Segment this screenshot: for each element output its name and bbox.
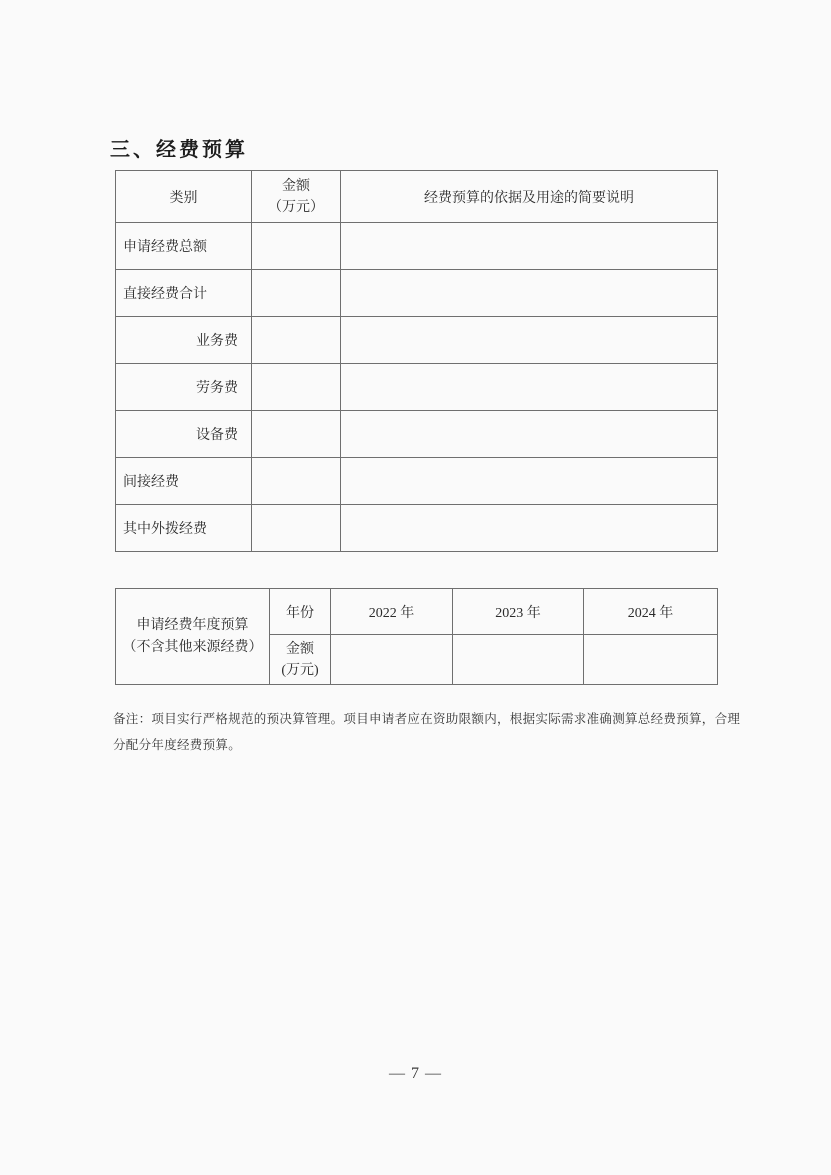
amount-label-cell: 金额(万元) <box>270 635 331 685</box>
annual-table-year-row: 申请经费年度预算（不含其他来源经费） 年份 2022 年 2023 年 2024… <box>116 589 718 635</box>
table-row-outsourced: 其中外拨经费 <box>116 505 718 552</box>
header-explanation: 经费预算的依据及用途的简要说明 <box>341 171 718 223</box>
amount-2024-cell <box>584 635 718 685</box>
section-title: 三、经费预算 <box>110 133 248 162</box>
explanation-cell-total <box>341 223 718 270</box>
amount-label-line1: 金额 <box>286 642 314 657</box>
amount-2022-cell <box>331 635 453 685</box>
explanation-cell-business <box>341 317 718 364</box>
row-label-labor: 劳务费 <box>116 364 252 411</box>
row-label-business: 业务费 <box>116 317 252 364</box>
explanation-cell-labor <box>341 364 718 411</box>
amount-cell-direct <box>252 270 341 317</box>
amount-cell-outsourced <box>252 505 341 552</box>
table-row-total: 申请经费总额 <box>116 223 718 270</box>
row-label-total: 申请经费总额 <box>116 223 252 270</box>
header-amount-line2: （万元） <box>268 200 324 215</box>
budget-table-header-row: 类别 金额（万元） 经费预算的依据及用途的简要说明 <box>116 171 718 223</box>
header-category: 类别 <box>116 171 252 223</box>
page-number: — 7 — <box>0 1065 831 1083</box>
explanation-cell-indirect <box>341 458 718 505</box>
amount-2023-cell <box>453 635 584 685</box>
annual-row-header-line1: 申请经费年度预算 <box>137 618 249 633</box>
explanation-cell-outsourced <box>341 505 718 552</box>
note-text: 备注：项目实行严格规范的预决算管理。项目申请者应在资助限额内，根据实际需求准确测… <box>113 706 773 758</box>
explanation-cell-equipment <box>341 411 718 458</box>
amount-cell-business <box>252 317 341 364</box>
amount-cell-indirect <box>252 458 341 505</box>
year-2023-cell: 2023 年 <box>453 589 584 635</box>
row-label-direct: 直接经费合计 <box>116 270 252 317</box>
note-line2: 分配分年度经费预算。 <box>113 738 241 752</box>
explanation-cell-direct <box>341 270 718 317</box>
year-label-cell: 年份 <box>270 589 331 635</box>
header-amount-line1: 金额 <box>282 179 310 194</box>
table-row-direct: 直接经费合计 <box>116 270 718 317</box>
budget-table: 类别 金额（万元） 经费预算的依据及用途的简要说明 申请经费总额 直接经费合计 … <box>115 170 718 552</box>
annual-row-header-line2: （不含其他来源经费） <box>123 640 263 655</box>
annual-table-row-header: 申请经费年度预算（不含其他来源经费） <box>116 589 270 685</box>
year-2024-cell: 2024 年 <box>584 589 718 635</box>
amount-cell-labor <box>252 364 341 411</box>
note-line1: 备注：项目实行严格规范的预决算管理。项目申请者应在资助限额内，根据实际需求准确测… <box>113 712 740 726</box>
table-row-business: 业务费 <box>116 317 718 364</box>
header-amount: 金额（万元） <box>252 171 341 223</box>
amount-cell-equipment <box>252 411 341 458</box>
row-label-outsourced: 其中外拨经费 <box>116 505 252 552</box>
amount-cell-total <box>252 223 341 270</box>
year-2022-cell: 2022 年 <box>331 589 453 635</box>
row-label-equipment: 设备费 <box>116 411 252 458</box>
table-row-indirect: 间接经费 <box>116 458 718 505</box>
row-label-indirect: 间接经费 <box>116 458 252 505</box>
document-page: 三、经费预算 类别 金额（万元） 经费预算的依据及用途的简要说明 申请经费总额 … <box>0 0 831 1175</box>
table-row-equipment: 设备费 <box>116 411 718 458</box>
table-row-labor: 劳务费 <box>116 364 718 411</box>
amount-label-line2: (万元) <box>281 663 318 678</box>
annual-budget-table: 申请经费年度预算（不含其他来源经费） 年份 2022 年 2023 年 2024… <box>115 588 718 685</box>
